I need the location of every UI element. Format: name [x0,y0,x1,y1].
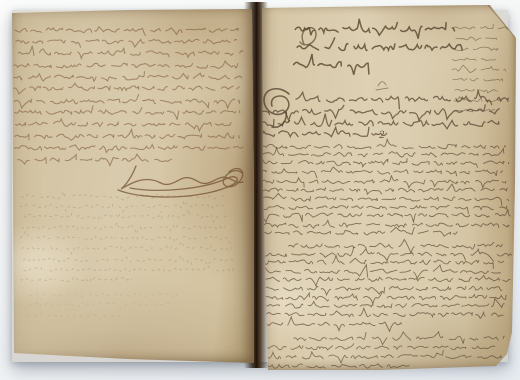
paragraph-2 [258,139,510,236]
manuscript-photo: 2 [0,0,520,380]
section-number: 2 [379,129,385,141]
signature-flourish [118,166,243,197]
paragraph-3 [259,239,511,331]
right-page: 2 [258,2,520,374]
faint-bleedthrough-text [20,192,236,282]
margin-notes [452,24,507,112]
ghost-text [28,293,178,320]
main-text [14,27,243,166]
left-page-handwriting [8,6,254,364]
title-text [294,19,463,75]
right-page-handwriting [258,2,520,374]
left-page [8,6,254,364]
paragraph-4 [263,332,505,368]
section-mark [376,82,388,90]
